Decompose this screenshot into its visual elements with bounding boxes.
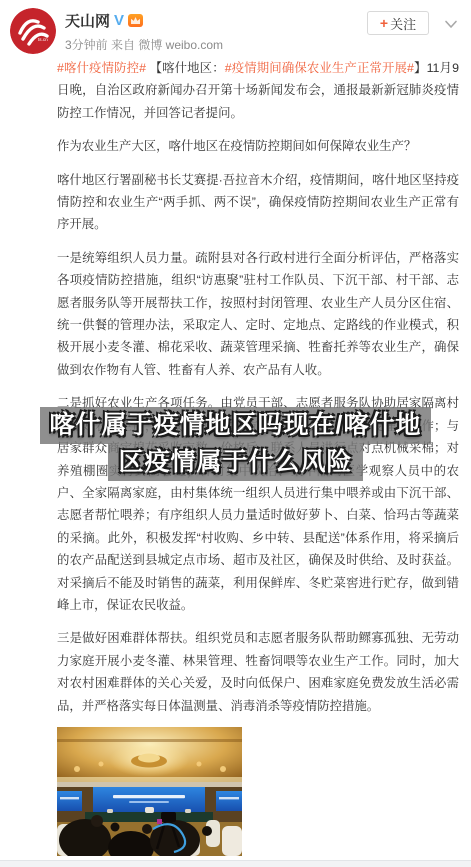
lead-text: 【喀什地区： [146, 61, 225, 75]
paragraph-lead: #喀什疫情防控# 【喀什地区：#疫情期间确保农业生产正常开展#】11月9日晚，自… [57, 57, 459, 124]
paragraph: 二是抓好农业生产各项任务。由党员干部、志愿者服务队协助居家隔离村民做好农业生产，… [57, 392, 459, 616]
weibo-post-card: ts.cn 天山网 V 3分钟前 来自 微博 weibo.com + 关注 #喀… [0, 0, 471, 867]
chevron-down-icon[interactable] [443, 16, 459, 32]
avatar[interactable]: ts.cn [10, 8, 56, 54]
press-conference-photo-icon [57, 727, 242, 856]
paragraph: 喀什地区行署副秘书长艾赛提·吾拉音木介绍，疫情期间，喀什地区坚持疫情防控和农业生… [57, 169, 459, 236]
paragraph: 三是做好困难群体帮扶。组织党员和志愿者服务队帮助鳏寡孤独、无劳动力家庭开展小麦冬… [57, 627, 459, 717]
post-photo[interactable] [57, 727, 242, 856]
follow-button-label: 关注 [390, 14, 416, 33]
paragraph: 一是统筹组织人员力量。疏附县对各行政村进行全面分析评估，严格落实各项疫情防控措施… [57, 247, 459, 381]
post-meta: 3分钟前 来自 微博 weibo.com [65, 36, 367, 53]
author-column: 天山网 V 3分钟前 来自 微博 weibo.com [65, 8, 367, 53]
paragraph: 作为农业生产大区，喀什地区在疫情防控期间如何保障农业生产？ [57, 135, 459, 157]
svg-text:ts.cn: ts.cn [38, 37, 48, 42]
follow-button[interactable]: + 关注 [367, 11, 429, 35]
hashtag-link[interactable]: #疫情期间确保农业生产正常开展# [225, 61, 414, 75]
tianshan-logo-icon: ts.cn [10, 8, 56, 54]
author-name-row: 天山网 V [65, 10, 367, 31]
post-header: ts.cn 天山网 V 3分钟前 来自 微博 weibo.com + 关注 [0, 0, 471, 58]
post-body: #喀什疫情防控# 【喀什地区：#疫情期间确保农业生产正常开展#】11月9日晚，自… [57, 57, 459, 725]
bottom-divider [0, 860, 471, 867]
hashtag-link[interactable]: #喀什疫情防控# [57, 61, 146, 75]
verified-icon: V [114, 13, 124, 28]
weibo-vip-icon [128, 14, 143, 27]
plus-icon: + [380, 16, 388, 30]
author-name[interactable]: 天山网 [65, 10, 110, 31]
